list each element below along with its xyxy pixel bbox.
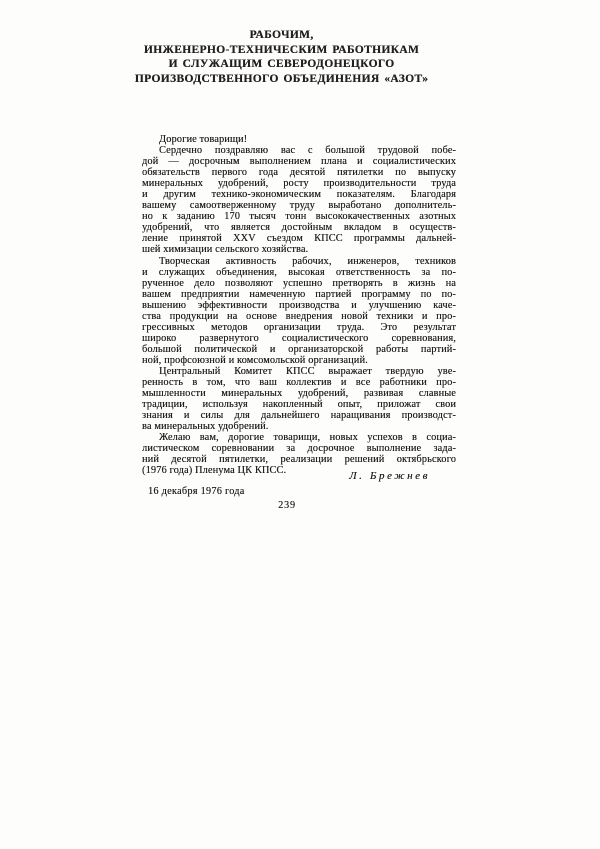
text-line: ренность в том, что ваш коллектив и все … xyxy=(142,377,456,388)
title-line: ПРОИЗВОДСТВЕННОГО ОБЪЕДИНЕНИЯ «АЗОТ» xyxy=(124,72,439,87)
title-line: РАБОЧИМ, xyxy=(124,28,439,43)
text-line: Творческая активность рабочих, инженеров… xyxy=(142,256,456,267)
text-line: грессивных методов организации труда. Эт… xyxy=(142,322,456,333)
paragraph: Центральный Комитет КПСС выражает тверду… xyxy=(142,366,456,432)
text-line: дой — досрочным выполнением плана и соци… xyxy=(142,156,456,167)
text-line: вышению эффективности производства и улу… xyxy=(142,300,456,311)
text-line: Центральный Комитет КПСС выражает тверду… xyxy=(142,366,456,377)
text-line: Сердечно поздравляю вас с большой трудов… xyxy=(142,145,456,156)
document-title: РАБОЧИМ,ИНЖЕНЕРНО-ТЕХНИЧЕСКИМ РАБОТНИКАМ… xyxy=(124,28,439,86)
title-line: ИНЖЕНЕРНО-ТЕХНИЧЕСКИМ РАБОТНИКАМ xyxy=(124,43,439,58)
text-line: вашем предприятии намеченную партией про… xyxy=(142,289,456,300)
text-line: шей химизации сельского хозяйства. xyxy=(142,244,456,255)
text-line: большой политической и организаторской р… xyxy=(142,344,456,355)
text-line: Дорогие товарищи! xyxy=(142,134,456,145)
paragraph: Творческая активность рабочих, инженеров… xyxy=(142,256,456,366)
text-line: мышленности минеральных удобрений, разви… xyxy=(142,388,456,399)
paragraph: Сердечно поздравляю вас с большой трудов… xyxy=(142,145,456,255)
scanned-book-page: РАБОЧИМ,ИНЖЕНЕРНО-ТЕХНИЧЕСКИМ РАБОТНИКАМ… xyxy=(0,0,600,849)
page-number: 239 xyxy=(130,500,444,511)
document-body: Дорогие товарищи!Сердечно поздравляю вас… xyxy=(142,134,456,476)
text-line: традиции, используя накопленный опыт, пр… xyxy=(142,399,456,410)
text-line: но к заданию 170 тысяч тонн высококачест… xyxy=(142,211,456,222)
text-line: и другим технико-экономическим показател… xyxy=(142,189,456,200)
date-line: 16 декабря 1976 года xyxy=(148,486,245,497)
text-line: минеральных удобрений, росту производите… xyxy=(142,178,456,189)
signature-line: Л. Брежнев xyxy=(142,470,456,482)
text-line: рученное дело позволяют успешно претворя… xyxy=(142,278,456,289)
text-line: ной, профсоюзной и комсомольской организ… xyxy=(142,355,456,366)
text-line: Желаю вам, дорогие товарищи, новых успех… xyxy=(142,432,456,443)
text-line: и служащих объединения, высокая ответств… xyxy=(142,267,456,278)
signature-text: Л. Брежнев xyxy=(349,470,430,482)
paragraph: Дорогие товарищи! xyxy=(142,134,456,145)
title-line: И СЛУЖАЩИМ СЕВЕРОДОНЕЦКОГО xyxy=(124,57,439,72)
text-line: листическом соревновании за досрочное вы… xyxy=(142,443,456,454)
text-line: ление принятой XXV съездом КПСС программ… xyxy=(142,233,456,244)
text-line: знания и силы для дальнейшего наращивани… xyxy=(142,410,456,421)
text-line: широко развернутого социалистического со… xyxy=(142,333,456,344)
text-line: удобрений, что является достойным вкладо… xyxy=(142,222,456,233)
text-line: ства продукции на основе внедрения новой… xyxy=(142,311,456,322)
text-line: вашему самоотверженному труду выработано… xyxy=(142,200,456,211)
text-line: обязательств первого года десятой пятиле… xyxy=(142,167,456,178)
text-line: ва минеральных удобрений. xyxy=(142,421,456,432)
text-line: ний десятой пятилетки, реализации решени… xyxy=(142,454,456,465)
